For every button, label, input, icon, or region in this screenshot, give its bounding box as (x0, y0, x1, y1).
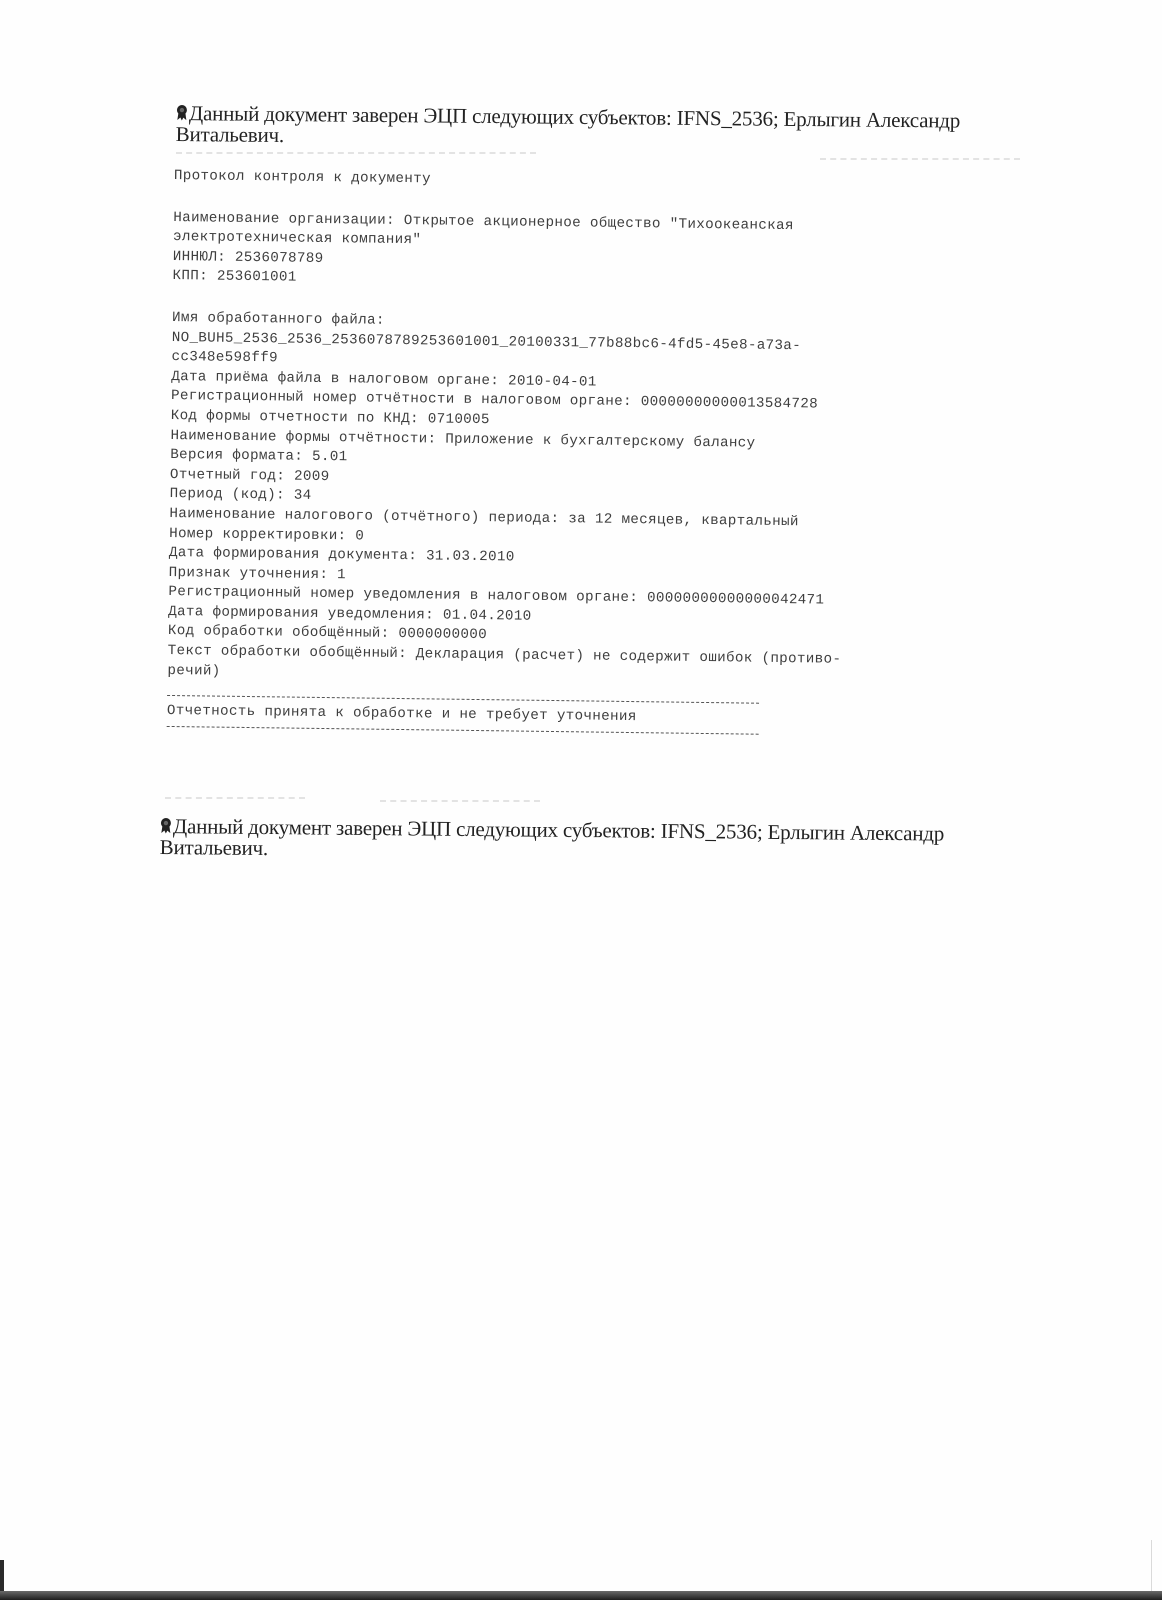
faint-scan-dash (820, 158, 1020, 161)
scanned-document-page: Данный документ заверен ЭЦП следующих су… (0, 0, 1162, 1600)
signature-notice-bottom: Данный документ заверен ЭЦП следующих су… (160, 816, 1040, 866)
seal-icon (160, 817, 172, 834)
faint-scan-dash (380, 800, 540, 803)
faint-scan-dash (165, 797, 305, 800)
scan-edge (1151, 1540, 1152, 1595)
scan-edge (0, 1591, 1162, 1600)
signature-notice-top: Данный документ заверен ЭЦП следующих су… (176, 103, 1056, 153)
control-protocol: Протокол контроля к документу Наименован… (167, 167, 1074, 745)
faint-scan-dash (176, 152, 536, 155)
seal-icon (176, 104, 188, 121)
